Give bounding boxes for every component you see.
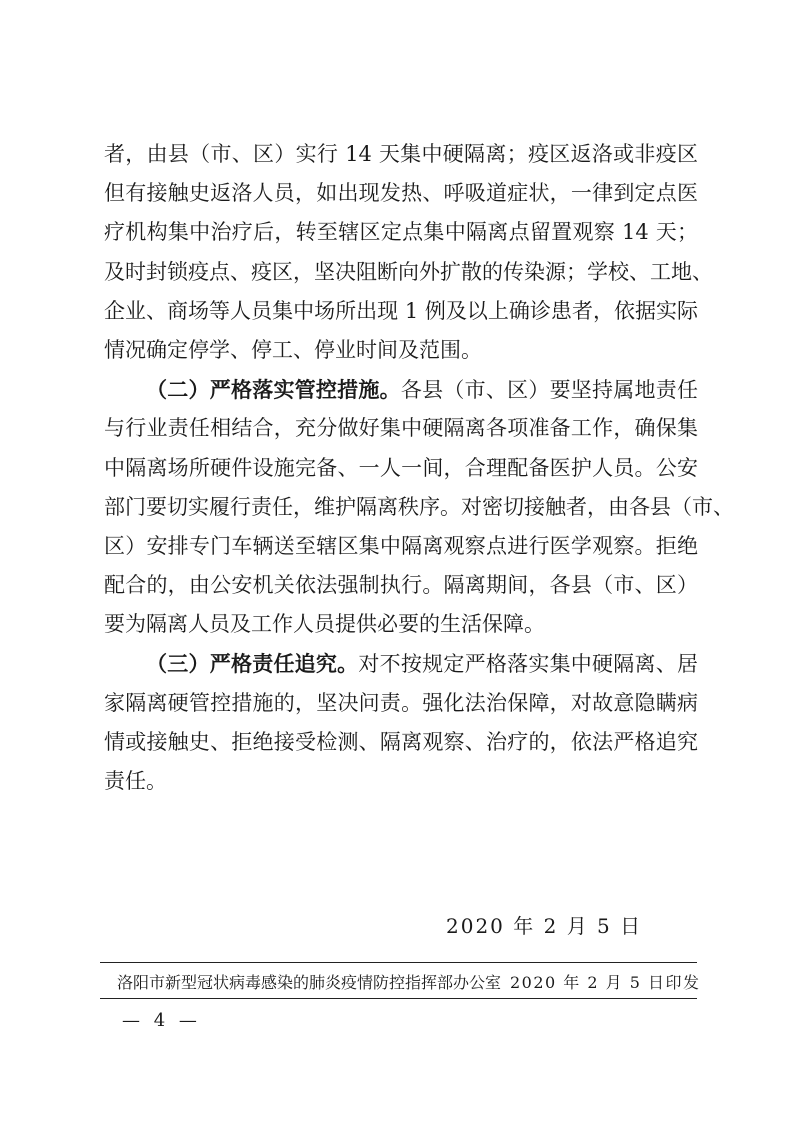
section-2-text: 各县（市、区）要坚持属地责任 — [401, 378, 698, 402]
body-line: 要为隔离人员及工作人员提供必要的生活保障。 — [104, 605, 698, 644]
body-line: 情况确定停学、停工、停业时间及范围。 — [104, 331, 698, 370]
body-line: 者，由县（市、区）实行 14 天集中硬隔离；疫区返洛或非疫区 — [104, 135, 698, 174]
body-line: 疗机构集中治疗后，转至辖区定点集中隔离点留置观察 14 天； — [104, 213, 698, 252]
footer-top-rule — [100, 962, 697, 963]
body-line: 区）安排专门车辆送至辖区集中隔离观察点进行医学观察。拒绝 — [104, 527, 698, 566]
body-line: 及时封锁疫点、疫区，坚决阻断向外扩散的传染源；学校、工地、 — [104, 253, 698, 292]
body-line: 部门要切实履行责任，维护隔离秩序。对密切接触者，由各县（市、 — [104, 488, 698, 527]
body-line: 中隔离场所硬件设施完备、一人一间，合理配备医护人员。公安 — [104, 449, 698, 488]
body-line: 与行业责任相结合，充分做好集中硬隔离各项准备工作，确保集 — [104, 409, 698, 448]
body-line: 家隔离硬管控措施的，坚决问责。强化法治保障，对故意隐瞒病 — [104, 684, 698, 723]
body-line: 情或接触史、拒绝接受检测、隔离观察、治疗的，依法严格追究 — [104, 723, 698, 762]
section-3-heading: （三）严格责任追究。 — [146, 651, 358, 676]
body-line: 责任。 — [104, 762, 698, 801]
section-3-first-line: （三）严格责任追究。对不按规定严格落实集中硬隔离、居 — [104, 644, 698, 683]
issuing-office: 洛阳市新型冠状病毒感染的肺炎疫情防控指挥部办公室 — [117, 970, 501, 993]
body-line: 配合的，由公安机关依法强制执行。隔离期间，各县（市、区） — [104, 566, 698, 605]
section-2-heading: （二）严格落实管控措施。 — [146, 377, 401, 402]
page-number: — 4 — — [122, 1010, 201, 1031]
document-page: 者，由县（市、区）实行 14 天集中硬隔离；疫区返洛或非疫区 但有接触史返洛人员… — [0, 0, 794, 1123]
section-3-text: 对不按规定严格落实集中硬隔离、居 — [358, 652, 698, 676]
footer-bottom-rule — [100, 998, 697, 999]
signature-date: 2020 年 2 月 5 日 — [446, 910, 642, 939]
print-date: 2020 年 2 月 5 日印发 — [510, 970, 701, 993]
document-body: 者，由县（市、区）实行 14 天集中硬隔离；疫区返洛或非疫区 但有接触史返洛人员… — [104, 135, 698, 801]
body-line: 企业、商场等人员集中场所出现 1 例及以上确诊患者，依据实际 — [104, 292, 698, 331]
body-line: 但有接触史返洛人员，如出现发热、呼吸道症状，一律到定点医 — [104, 174, 698, 213]
section-2-first-line: （二）严格落实管控措施。各县（市、区）要坚持属地责任 — [104, 370, 698, 409]
